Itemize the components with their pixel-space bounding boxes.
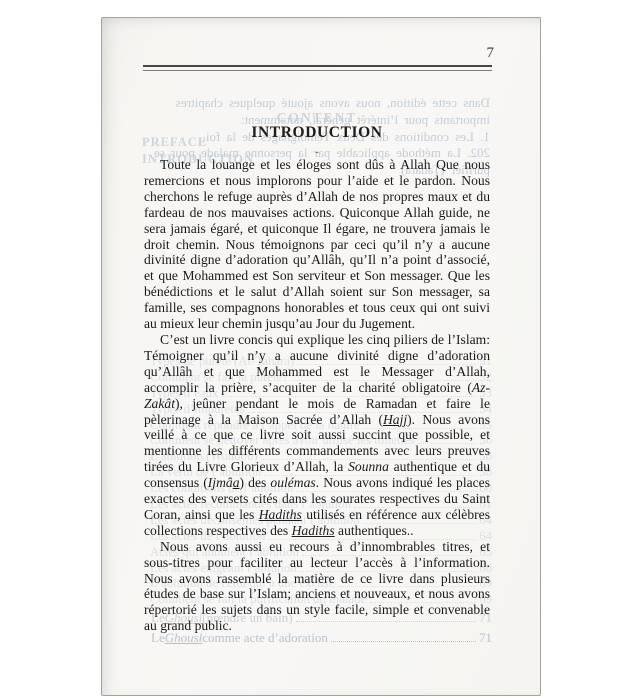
chapter-heading: INTRODUCTION xyxy=(144,124,490,142)
paragraph: Toute la louange et les éloges sont dûs … xyxy=(144,157,490,332)
heading-ornament-dash: - xyxy=(144,146,490,158)
header-double-rule xyxy=(143,65,492,71)
paragraph: C’est un livre concis qui explique les c… xyxy=(144,332,490,539)
body-text: Toute la louange et les éloges sont dûs … xyxy=(144,157,490,634)
book-page: Dans cette édition, nous avons ajouté qu… xyxy=(101,17,541,696)
scanned-book-page-screenshot: { "page": { "number": "7", "heading": "I… xyxy=(0,0,640,698)
paragraph: Nous avons aussi eu recours à d’innombra… xyxy=(144,539,490,634)
page-number: 7 xyxy=(487,45,495,62)
